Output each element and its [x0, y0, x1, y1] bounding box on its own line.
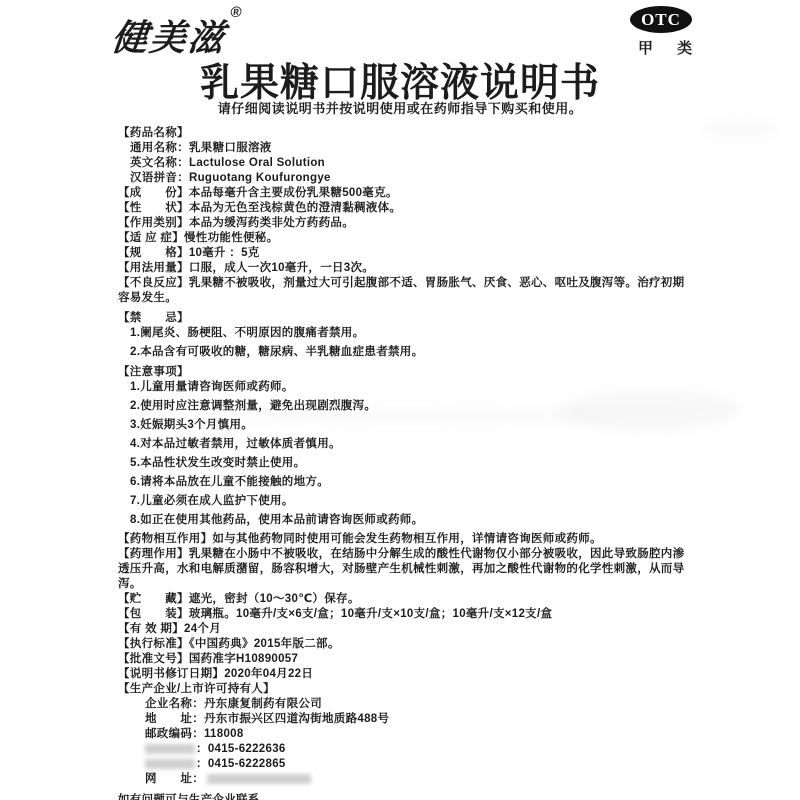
doc-line: 如有问题可与生产企业联系: [118, 793, 696, 800]
doc-line-text: 0415-6222636: [208, 743, 286, 755]
doc-line-label: 【说明书修订日期】: [118, 668, 224, 680]
doc-line-text: 乳果糖口服溶液: [189, 142, 272, 154]
registered-mark-icon: ®: [230, 4, 245, 21]
doc-line-label: 【禁 忌】: [118, 312, 189, 324]
doc-line: 4.对本品过敏者禁用，过敏体质者慎用。: [118, 437, 696, 452]
doc-line: 英文名称：Lactulose Oral Solution: [118, 156, 696, 171]
doc-line-label: 汉语拼音：: [130, 172, 189, 184]
doc-line-label: 【性 状】: [118, 202, 189, 214]
doc-line-label: 【批准文号】: [118, 653, 189, 665]
doc-line: 【不良反应】乳果糖不被吸收，剂量过大可引起腹部不适、胃肠胀气、厌食、恶心、呕吐及…: [118, 276, 696, 306]
doc-line-text: 10毫升 ：5克: [189, 247, 260, 259]
doc-line-text: 118008: [204, 728, 244, 740]
doc-line-text: 本品为缓泻药类非处方药药品。: [189, 217, 354, 229]
doc-line: 5.本品性状发生改变时禁止使用。: [118, 456, 696, 471]
doc-line: 【禁 忌】: [118, 311, 696, 326]
doc-line: 【药理作用】乳果糖在小肠中不被吸收，在结肠中分解生成的酸性代谢物仅小部分被吸收，…: [118, 547, 696, 592]
doc-line: 1.儿童用量请咨询医师或药师。: [118, 380, 696, 395]
doc-line-text: Ruguotang Koufurongye: [189, 172, 331, 184]
doc-line-label: 地 址：: [145, 713, 204, 725]
doc-line: 【生产企业/上市许可持有人】: [118, 682, 696, 697]
doc-line-label: 【有 效 期】: [118, 623, 184, 635]
doc-line-label: 【不良反应】: [118, 277, 189, 289]
doc-line-text: 国药准字H10890057: [189, 653, 298, 665]
doc-line-text: 如有问题可与生产企业联系: [118, 794, 260, 800]
doc-line-label: 【药理作用】: [118, 548, 189, 560]
doc-line-text: 1.儿童用量请咨询医师或药师。: [130, 381, 294, 393]
doc-line: 【药品名称】: [118, 126, 696, 141]
document-body: 【药品名称】通用名称：乳果糖口服溶液英文名称：Lactulose Oral So…: [118, 126, 696, 800]
doc-line-text: 0415-6222865: [208, 758, 286, 770]
doc-line: 【有 效 期】24个月: [118, 622, 696, 637]
doc-line: 【说明书修订日期】2020年04月22日: [118, 667, 696, 682]
doc-line-text: 8.如正在使用其他药品，使用本品前请咨询医师或药师。: [130, 514, 423, 526]
doc-line: 通用名称：乳果糖口服溶液: [118, 141, 696, 156]
otc-oval-icon: OTC: [630, 6, 692, 33]
doc-line-text: 遮光，密封（10～30℃）保存。: [189, 593, 360, 605]
doc-line-text: 7.儿童必须在成人监护下使用。: [130, 495, 294, 507]
otc-badge: OTC 甲 类: [628, 6, 694, 58]
doc-line: 地 址：丹东市振兴区四道沟街地质路488号: [118, 712, 696, 727]
doc-line: 【作用类别】本品为缓泻药类非处方药药品。: [118, 216, 696, 231]
doc-line-text: 本品每毫升含主要成份乳果糖500毫克。: [189, 187, 398, 199]
doc-line-label: 【药品名称】: [118, 127, 189, 139]
package-insert-page: 健美滋® OTC 甲 类 乳果糖口服溶液说明书 请仔细阅读说明书并按说明使用或在…: [0, 0, 800, 800]
doc-line: 【药物相互作用】如与其他药物同时使用可能会发生药物相互作用，详情请咨询医师或药师…: [118, 532, 696, 547]
doc-line-text: 丹东市振兴区四道沟街地质路488号: [204, 713, 389, 725]
doc-line: 1.阑尾炎、肠梗阻、不明原因的腹痛者禁用。: [118, 326, 696, 341]
doc-line-label: 英文名称：: [130, 157, 189, 169]
doc-line: 【批准文号】国药准字H10890057: [118, 652, 696, 667]
doc-line: 【适 应 症】慢性功能性便秘。: [118, 231, 696, 246]
doc-line-label: 邮政编码：: [145, 728, 204, 740]
doc-line-label: 【包 装】: [118, 608, 189, 620]
doc-line-text: 2.使用时应注意调整剂量，避免出现剧烈腹泻。: [130, 400, 376, 412]
doc-line-text: 口服，成人一次10毫升，一日3次。: [189, 262, 374, 274]
doc-line: ：0415-6222865: [118, 757, 696, 772]
doc-line-text: 玻璃瓶。10毫升/支×6支/盒；10毫升/支×10支/盒；10毫升/支×12支/…: [189, 608, 552, 620]
doc-line-label: 【作用类别】: [118, 217, 189, 229]
doc-line: 【贮 藏】遮光，密封（10～30℃）保存。: [118, 592, 696, 607]
doc-line: 邮政编码：118008: [118, 727, 696, 742]
doc-line: 7.儿童必须在成人监护下使用。: [118, 494, 696, 509]
doc-line-text: 如与其他药物同时使用可能会发生药物相互作用，详情请咨询医师或药师。: [212, 533, 601, 545]
doc-line: 【注意事项】: [118, 365, 696, 380]
doc-line: 【规 格】10毫升 ：5克: [118, 246, 696, 261]
doc-line-text: 3.妊娠期头3个月慎用。: [130, 419, 253, 431]
doc-line: ：0415-6222636: [118, 742, 696, 757]
doc-line-label: 企业名称：: [145, 698, 204, 710]
redacted-label: [145, 744, 195, 754]
doc-line-label: 【成 份】: [118, 187, 189, 199]
doc-line: 6.请将本品放在儿童不能接触的地方。: [118, 475, 696, 490]
doc-line-text: 2020年04月22日: [224, 668, 313, 680]
doc-line: 网 址：: [118, 772, 696, 787]
doc-line-text: 《中国药典》2015年版二部。: [189, 638, 340, 650]
doc-line-label: 【适 应 症】: [118, 232, 184, 244]
doc-line-text: 乳果糖在小肠中不被吸收，在结肠中分解生成的酸性代谢物仅小部分被吸收，因此导致肠腔…: [118, 548, 684, 590]
doc-line-text: 本品为无色至浅棕黄色的澄清黏稠液体。: [189, 202, 401, 214]
doc-line-text: 24个月: [184, 623, 221, 635]
doc-line-label: 【贮 藏】: [118, 593, 189, 605]
doc-line-text: 乳果糖不被吸收，剂量过大可引起腹部不适、胃肠胀气、厌食、恶心、呕吐及腹泻等。治疗…: [118, 277, 684, 304]
doc-line-text: 5.本品性状发生改变时禁止使用。: [130, 457, 305, 469]
doc-line-text: 4.对本品过敏者禁用，过敏体质者慎用。: [130, 438, 341, 450]
doc-line-label: 【用法用量】: [118, 262, 189, 274]
doc-line: 2.使用时应注意调整剂量，避免出现剧烈腹泻。: [118, 399, 696, 414]
doc-line-text: 慢性功能性便秘。: [184, 232, 278, 244]
doc-line-label: 【执行标准】: [118, 638, 189, 650]
doc-line: 【包 装】玻璃瓶。10毫升/支×6支/盒；10毫升/支×10支/盒；10毫升/支…: [118, 607, 696, 622]
doc-line-text: 2.本品含有可吸收的糖，糖尿病、半乳糖血症患者禁用。: [130, 346, 423, 358]
doc-line-label: ：: [196, 743, 208, 755]
doc-line: 【成 份】本品每毫升含主要成份乳果糖500毫克。: [118, 186, 696, 201]
doc-line: 2.本品含有可吸收的糖，糖尿病、半乳糖血症患者禁用。: [118, 345, 696, 360]
doc-line: 【执行标准】《中国药典》2015年版二部。: [118, 637, 696, 652]
page-subtitle: 请仔细阅读说明书并按说明使用或在药师指导下购买和使用。: [0, 98, 800, 117]
doc-line-label: 通用名称：: [130, 142, 189, 154]
document-header: 健美滋® OTC 甲 类 乳果糖口服溶液说明书 请仔细阅读说明书并按说明使用或在…: [0, 0, 800, 126]
doc-line-text: Lactulose Oral Solution: [189, 157, 325, 169]
doc-line: 8.如正在使用其他药品，使用本品前请咨询医师或药师。: [118, 513, 696, 528]
doc-line: 【用法用量】口服，成人一次10毫升，一日3次。: [118, 261, 696, 276]
doc-line: 汉语拼音：Ruguotang Koufurongye: [118, 171, 696, 186]
doc-line: 3.妊娠期头3个月慎用。: [118, 418, 696, 433]
redacted-value: [207, 774, 311, 784]
doc-line-text: 丹东康复制药有限公司: [204, 698, 322, 710]
doc-line: 【性 状】本品为无色至浅棕黄色的澄清黏稠液体。: [118, 201, 696, 216]
doc-line: 企业名称：丹东康复制药有限公司: [118, 697, 696, 712]
redacted-label: [145, 759, 195, 769]
doc-line-label: 网 址：: [145, 773, 204, 785]
doc-line-label: 【规 格】: [118, 247, 189, 259]
doc-line-label: 【药物相互作用】: [118, 533, 212, 545]
doc-line-label: ：: [196, 758, 208, 770]
doc-line-label: 【注意事项】: [118, 366, 189, 378]
doc-line-text: 6.请将本品放在儿童不能接触的地方。: [130, 476, 329, 488]
doc-line-text: 1.阑尾炎、肠梗阻、不明原因的腹痛者禁用。: [130, 327, 364, 339]
doc-line-label: 【生产企业/上市许可持有人】: [118, 683, 275, 695]
